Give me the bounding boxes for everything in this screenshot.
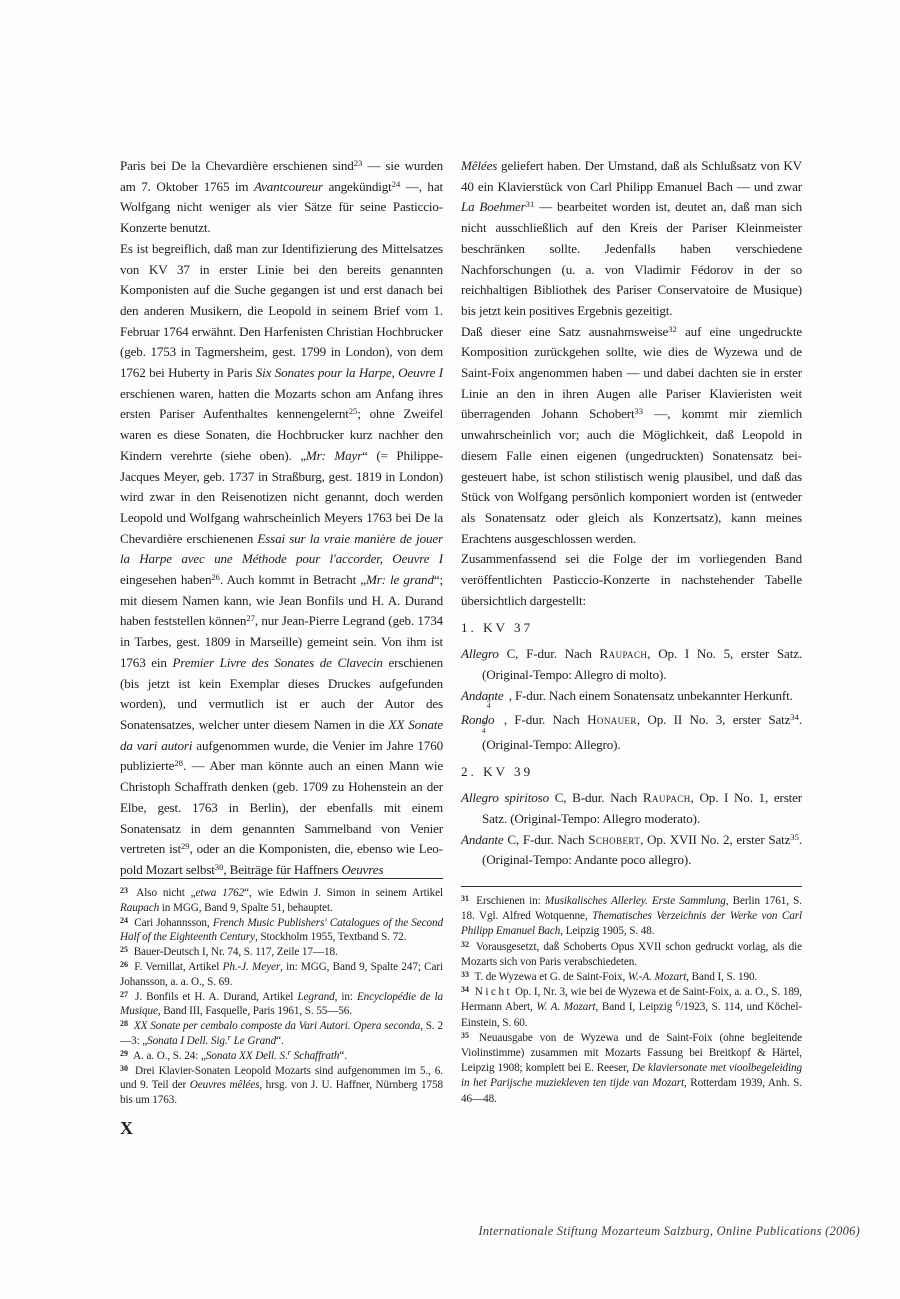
footnote-23: 23 Also nicht „etwa 1762“, wie Edwin J. … bbox=[120, 886, 443, 916]
footnote-26: 26 F. Vernillat, Artikel Ph.-J. Meyer, i… bbox=[120, 960, 443, 990]
footnote-30: 30 Drei Klavier-Sonaten Leopold Mozarts … bbox=[120, 1064, 443, 1108]
footnote-35: 35 Neuausgabe von de Wyzewa und de Saint… bbox=[461, 1031, 802, 1107]
right-footnote-block: 31 Erschienen in: Musikalisches Allerley… bbox=[461, 886, 802, 1107]
page-number: X bbox=[120, 1118, 133, 1139]
left-footnote-block: 23 Also nicht „etwa 1762“, wie Edwin J. … bbox=[120, 878, 443, 1108]
kv37-movement-1: Allegro C, F-dur. Nach Raupach, Op. I No… bbox=[461, 644, 802, 685]
kv37-movement-3: Rondo 34, F-dur. Nach Honauer, Op. II No… bbox=[461, 710, 802, 755]
footnote-divider bbox=[461, 886, 802, 887]
body-paragraph: Mêlées geliefert haben. Der Umstand, daß… bbox=[461, 156, 802, 322]
kv39-movement-2: Andante C, F-dur. Nach Schobert, Op. XVI… bbox=[461, 830, 802, 871]
footnote-28: 28 XX Sonate per cembalo composte da Var… bbox=[120, 1019, 443, 1049]
footnote-27: 27 J. Bonfils et H. A. Durand, Artikel L… bbox=[120, 990, 443, 1020]
left-column: Paris bei De la Chevardière erschienen s… bbox=[120, 156, 443, 881]
footnote-32: 32 Vorausgesetzt, daß Schoberts Opus XVI… bbox=[461, 940, 802, 970]
right-column: Mêlées geliefert haben. Der Umstand, daß… bbox=[461, 156, 802, 871]
kv39-section: 2. KV 39 Allegro spiritoso C, B-dur. Nac… bbox=[461, 762, 802, 871]
footnote-33: 33 T. de Wyzewa et G. de Saint-Foix, W.-… bbox=[461, 970, 802, 985]
body-paragraph: Es ist begreiflich, daß man zur Identifi… bbox=[120, 239, 443, 881]
kv37-heading: 1. KV 37 bbox=[461, 618, 802, 639]
footnote-29: 29 A. a. O., S. 24: „Sonata XX Dell. S.r… bbox=[120, 1049, 443, 1064]
kv39-movement-1: Allegro spiritoso C, B-dur. Nach Raupach… bbox=[461, 788, 802, 829]
footnote-31: 31 Erschienen in: Musikalisches Allerley… bbox=[461, 894, 802, 940]
footnote-25: 25 Bauer-Deutsch I, Nr. 74, S. 117, Zeil… bbox=[120, 945, 443, 960]
footnote-24: 24 Cari Johannsson, French Music Publish… bbox=[120, 916, 443, 946]
publisher-footer: Internationale Stiftung Mozarteum Salzbu… bbox=[478, 1224, 860, 1239]
body-paragraph: Daß dieser eine Satz ausnahmsweise32 auf… bbox=[461, 322, 802, 550]
document-page: Paris bei De la Chevardière erschienen s… bbox=[0, 0, 900, 1299]
kv37-section: 1. KV 37 Allegro C, F-dur. Nach Raupach,… bbox=[461, 618, 802, 755]
footnote-34: 34 Nicht Op. I, Nr. 3, wie bei de Wyzewa… bbox=[461, 985, 802, 1031]
kv37-movement-2: Andante 34, F-dur. Nach einem Sonatensat… bbox=[461, 686, 802, 711]
footnote-divider bbox=[120, 878, 443, 879]
kv39-heading: 2. KV 39 bbox=[461, 762, 802, 783]
body-paragraph: Paris bei De la Chevardière erschienen s… bbox=[120, 156, 443, 239]
body-paragraph: Zusammenfassend sei die Folge der im vor… bbox=[461, 549, 802, 611]
